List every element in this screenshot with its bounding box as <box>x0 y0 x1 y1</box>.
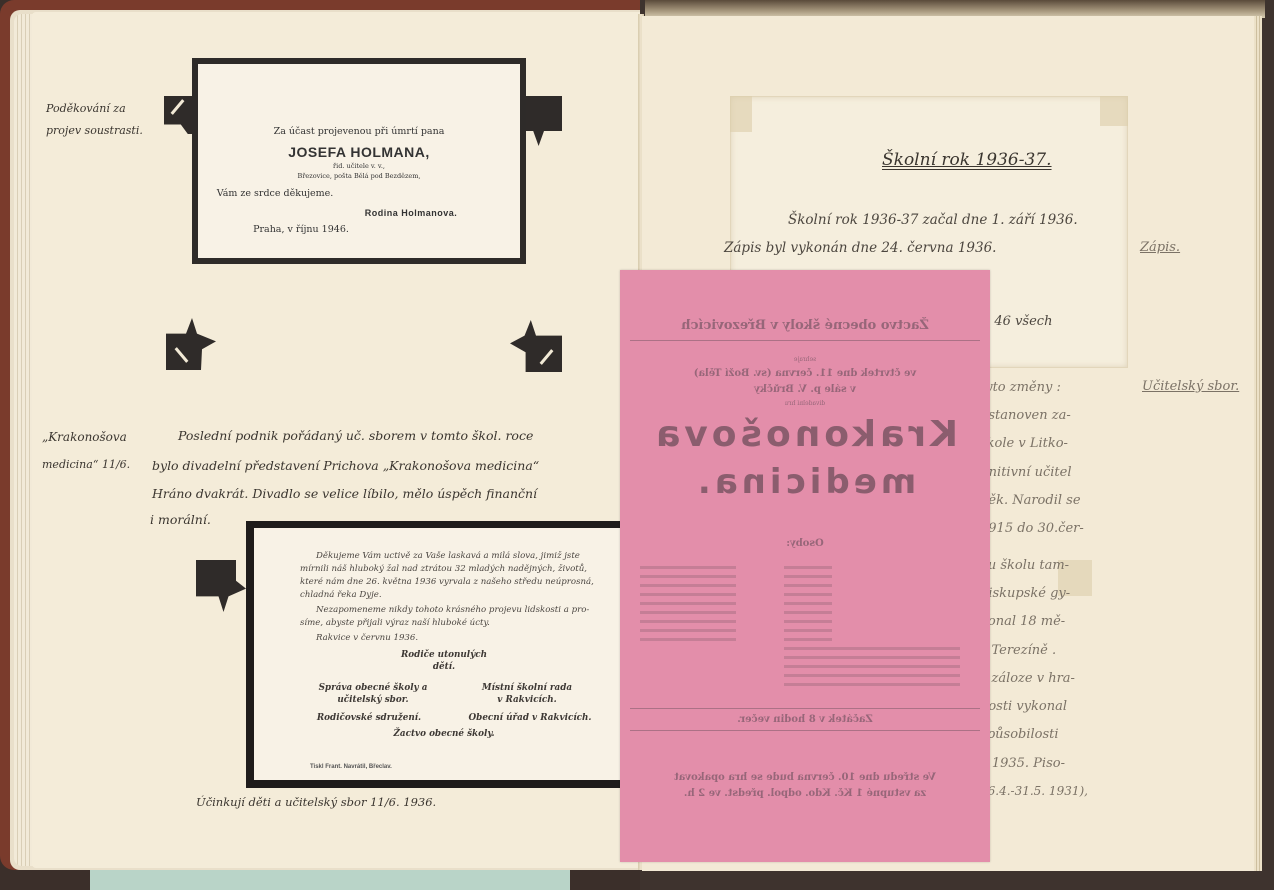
text-fragment: škole v Litko- <box>980 436 1068 451</box>
card2-sig-parents-1: Rodiče utonulých <box>374 649 514 661</box>
card-title: řid. učitele v. v., <box>198 162 520 170</box>
poster-sehraje: sehraje <box>620 356 990 363</box>
card2-sig-parents-2: dětí. <box>374 661 514 673</box>
poster-date-1: ve čtvrtek dne 11. června (sv. Boží Těla… <box>620 368 990 379</box>
card2-place-date: Rakvice v červnu 1936. <box>316 632 418 645</box>
poster-rule <box>630 340 980 341</box>
text-fragment: v Terezíně . <box>980 643 1056 658</box>
poster-header: Žactvo obecné školy v Březovicích <box>620 318 990 333</box>
page-edges-right <box>1254 16 1262 871</box>
poster-repeat-1: Ve středu dne 10. června bude se hra opa… <box>620 772 990 783</box>
margin-note-play-2: medicina“ 11/6. <box>42 458 130 471</box>
school-year-start: Školní rok 1936-37 začal dne 1. září 193… <box>788 212 1078 228</box>
text-fragment: ilosti vykonal <box>980 699 1067 714</box>
text-fragment: 16.4.-31.5. 1931), <box>980 784 1088 798</box>
text-fragment: tyto změny : <box>980 380 1061 395</box>
text-fragment: biskupské gy- <box>980 586 1070 601</box>
card2-para2-line1: Nezapomeneme nikdy tohoto krásného proje… <box>316 604 589 617</box>
card-name: JOSEFA HOLMANA, <box>198 144 520 160</box>
margin-note-zapis: Zápis. <box>1140 240 1180 255</box>
poster-rule <box>630 708 980 709</box>
card-address: Březovice, pošta Bělá pod Bezdězem, <box>198 172 520 180</box>
margin-note-play-1: „Krakonošova <box>42 430 127 444</box>
card2-sig-school-2: učitelský sbor. <box>298 694 448 706</box>
thanks-card-rakvice: Děkujeme Vám uctivě za Vaše laskavá a mi… <box>246 521 636 788</box>
text-fragment: 1915 do 30.čer- <box>980 521 1084 536</box>
card2-sig-board-1: Místní školní rada <box>462 682 592 694</box>
text-fragment: finitivní učitel <box>980 465 1071 480</box>
tape-mark <box>1100 96 1128 126</box>
card2-sig-pupils: Žactvo obecné školy. <box>364 728 524 740</box>
poster-repeat-2: za vstupné 1 Kč. Kdo. odpol. předst. ve … <box>620 788 990 799</box>
poster-rule <box>630 730 980 731</box>
card2-para1-line2: mírnili náš hluboký žal nad ztrátou 32 m… <box>300 563 587 576</box>
card2-para1-line1: Děkujeme Vám uctivě za Vaše laskavá a mi… <box>316 550 580 563</box>
card2-sig-board-2: v Rakvicích. <box>462 694 592 706</box>
poster-date-2: v sále p. V. Brůčky <box>620 384 990 395</box>
text-fragment: konal 18 mě- <box>980 614 1065 629</box>
card2-sig-school-1: Správa obecné školy a <box>298 682 448 694</box>
margin-note-thanks-2: projev soustrasti. <box>46 124 143 137</box>
paragraph-line-2: bylo divadelní představení Prichova „Kra… <box>152 458 539 473</box>
poster-title-2: medicina. <box>620 462 990 502</box>
card2-para2-line2: síme, abyste přijali výraz naší hluboké … <box>300 617 490 630</box>
text-fragment: e 1935. Piso- <box>980 756 1065 771</box>
blue-paper-edge <box>90 868 570 890</box>
school-year-heading: Školní rok 1936-37. <box>882 150 1052 170</box>
poster-cast-list <box>640 560 960 690</box>
tape-mark <box>730 96 752 132</box>
poster-cast-heading: Osoby: <box>620 538 990 549</box>
card-thanks: Vám ze srdce děkujeme. <box>114 188 436 199</box>
text-fragment: způsobilosti <box>980 727 1059 742</box>
paragraph-line-4: i morální. <box>150 512 211 527</box>
card2-sig-municipal: Obecní úřad v Rakvicích. <box>450 712 610 724</box>
text-fragment: ou školu tam- <box>980 558 1069 573</box>
open-album-scene: Poděkování za projev soustrasti. Za účas… <box>0 0 1274 890</box>
pupil-count-fragment: } 46 všech <box>982 314 1052 329</box>
text-fragment: něk. Narodil se <box>980 493 1081 508</box>
card2-sig-parents-assoc: Rodičovské sdružení. <box>294 712 444 724</box>
margin-note-thanks-1: Poděkování za <box>46 102 126 115</box>
paragraph-line-3: Hráno dvakrát. Divadlo se velice líbilo,… <box>152 486 537 501</box>
card-signature: Rodina Holmanova. <box>250 208 572 218</box>
enrollment-date: Zápis byl vykonán dne 24. června 1936. <box>724 240 996 256</box>
card2-printer: Tiskl Frant. Navrátil, Břeclav. <box>310 764 392 770</box>
text-fragment: ustanoven za- <box>980 408 1071 423</box>
caption-performers: Účinkují děti a učitelský sbor 11/6. 193… <box>196 795 436 809</box>
poster-title-1: Krakonošova <box>620 414 990 455</box>
pink-theatre-poster: Žactvo obecné školy v Březovicích sehraj… <box>620 270 990 862</box>
poster-divadelni: divadelní hru <box>620 400 990 407</box>
card-place-date: Praha, v říjnu 1946. <box>140 224 462 235</box>
condolence-thanks-card: Za účast projevenou při úmrtí pana JOSEF… <box>192 58 526 264</box>
poster-start: Začátek v 8 hodin večer. <box>620 714 990 725</box>
card-intro: Za účast projevenou při úmrtí pana <box>198 126 520 137</box>
text-fragment: v záloze v hra- <box>980 671 1075 686</box>
margin-note-teaching-staff: Učitelský sbor. <box>1142 379 1239 394</box>
card2-para1-line4: chladná řeka Dyje. <box>300 589 382 602</box>
paragraph-line-1: Poslední podnik pořádaný uč. sborem v to… <box>178 428 533 443</box>
card2-para1-line3: které nám dne 26. května 1936 vyrvala z … <box>300 576 594 589</box>
